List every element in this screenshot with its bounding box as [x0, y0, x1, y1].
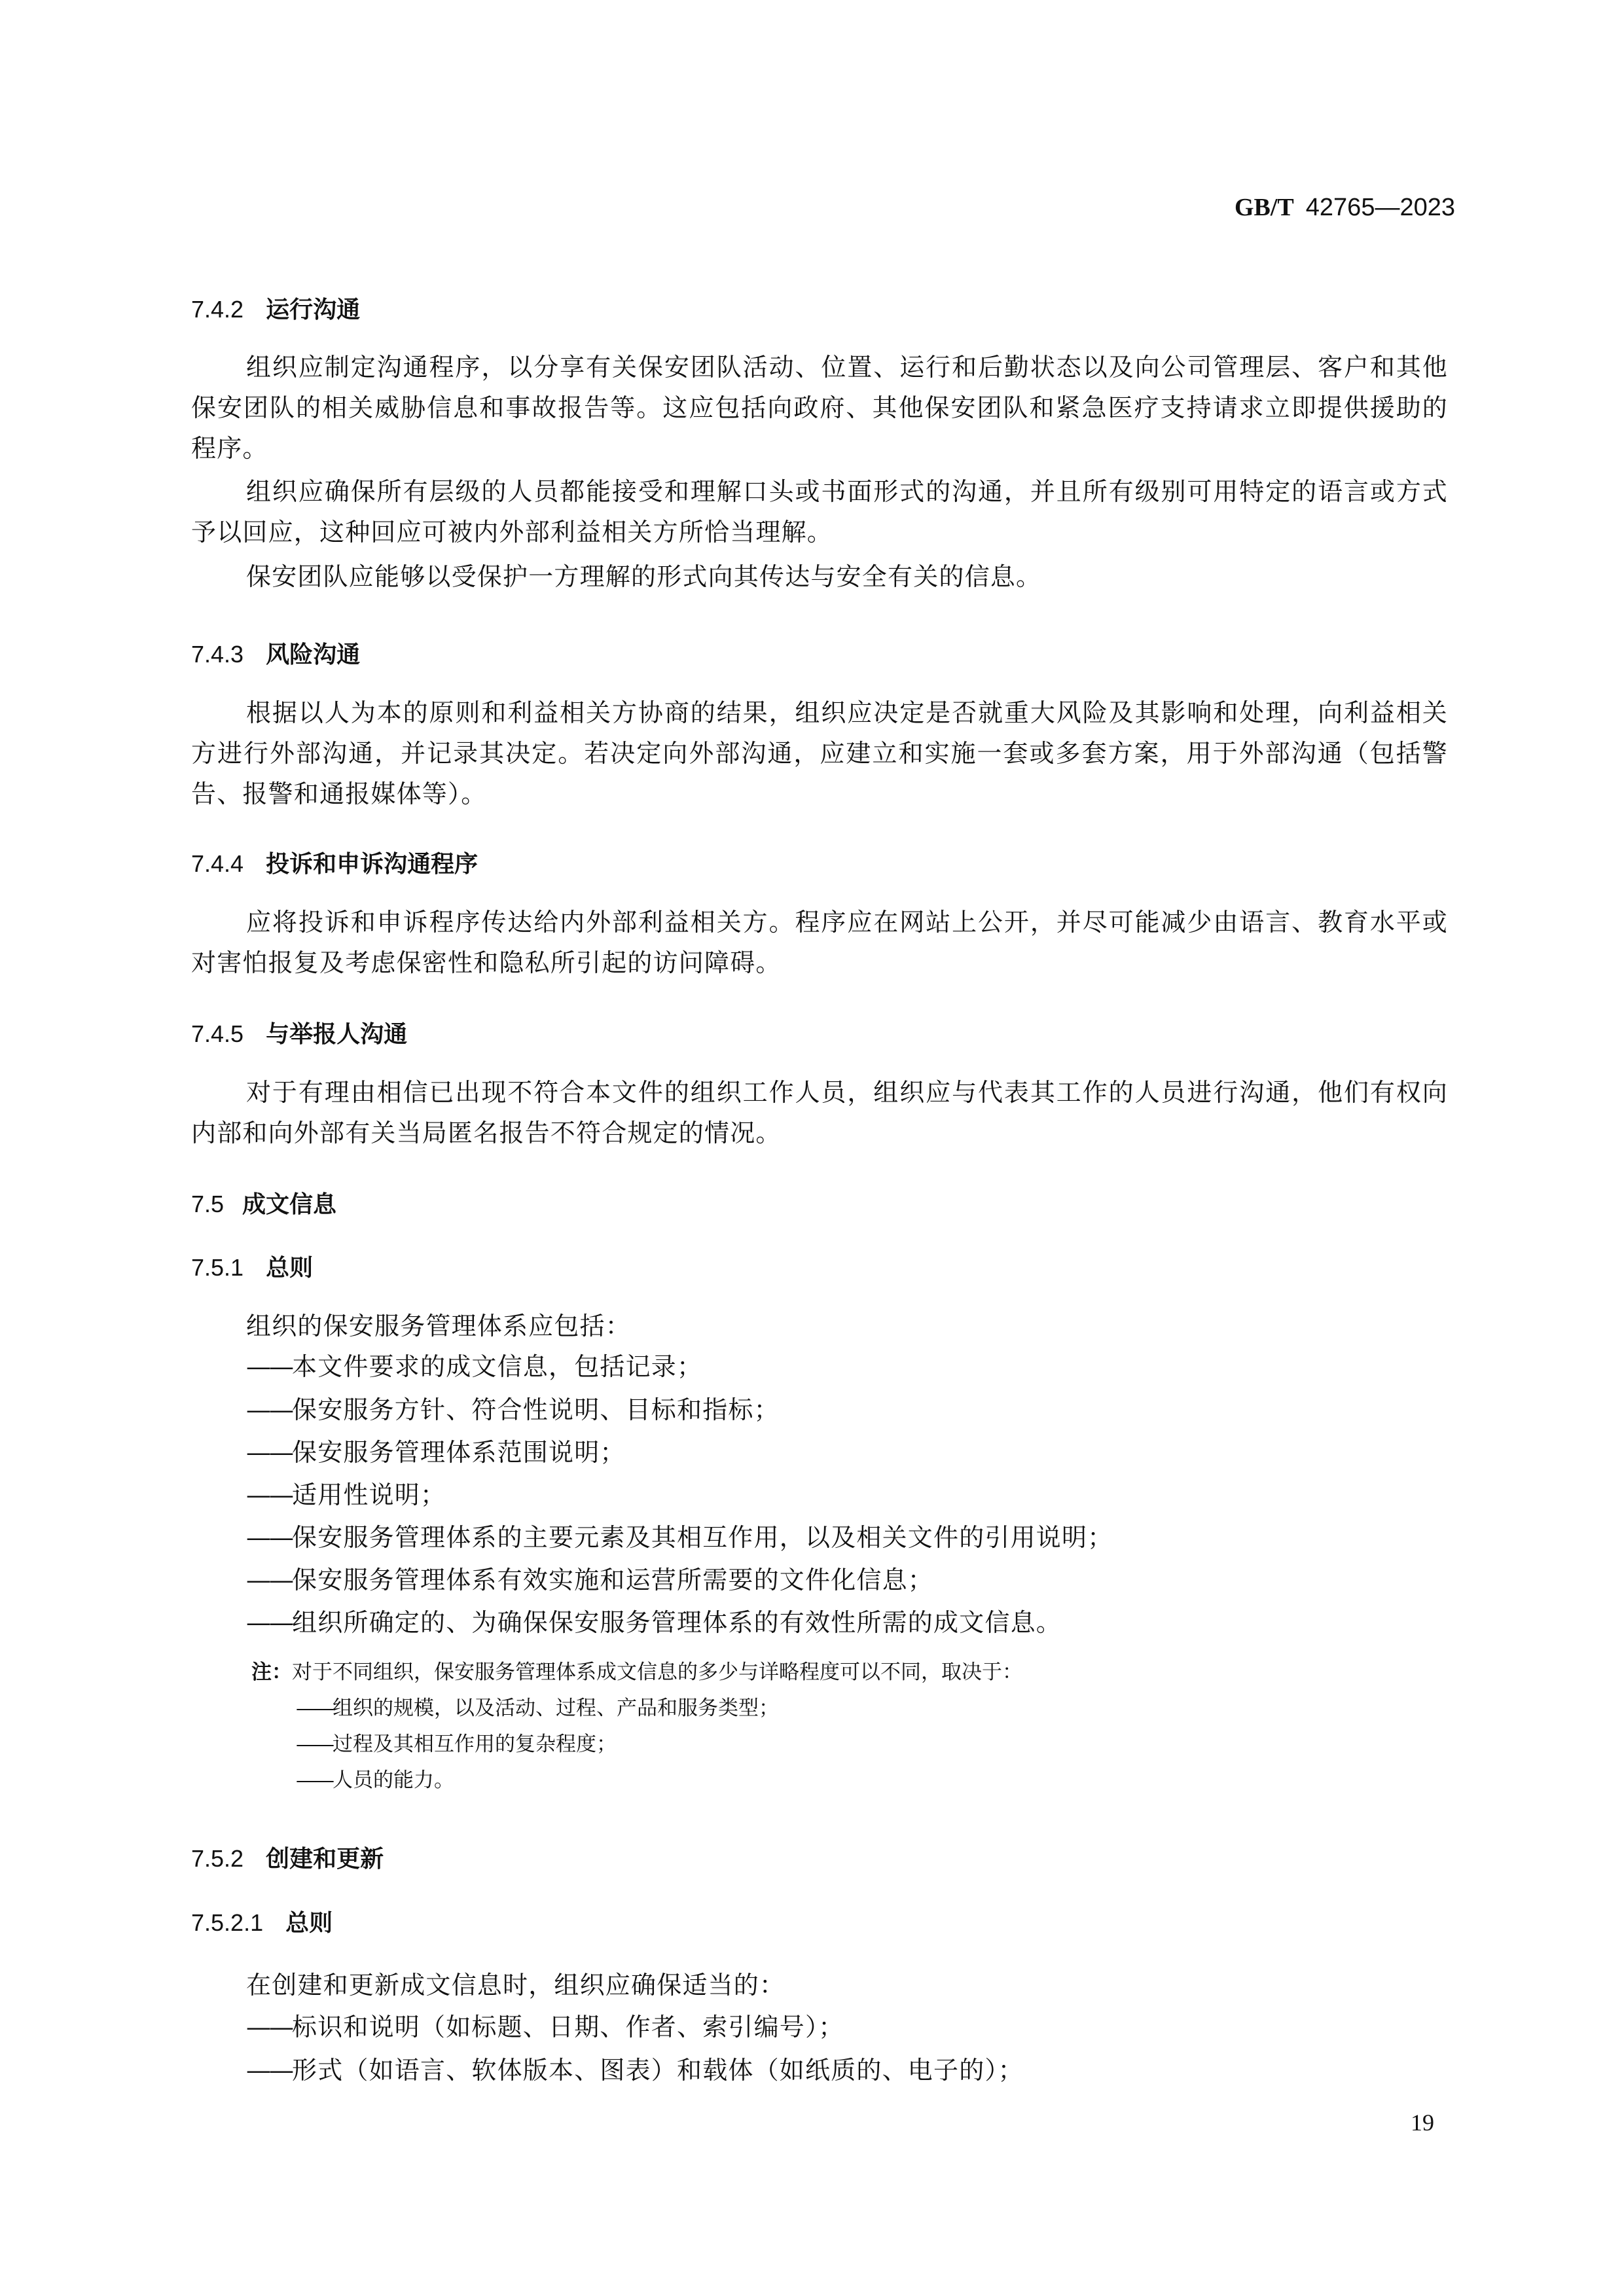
note-text: 对于不同组织，保安服务管理体系成文信息的多少与详略程度可以不同，取决于：: [292, 1660, 1022, 1684]
heading-7-4-5: 7.4.5与举报人沟通: [191, 1018, 407, 1051]
paragraph: 组织应制定沟通程序，以分享有关保安团队活动、位置、运行和后勤状态以及向公司管理层…: [191, 347, 1448, 469]
note-list-item: ——人员的能力。: [296, 1764, 454, 1797]
dash-marker: ——: [246, 1438, 292, 1467]
list-intro: 组织的保安服务管理体系应包括：: [246, 1306, 631, 1346]
dash-marker: ——: [246, 1395, 292, 1424]
dash-marker: ——: [246, 2056, 292, 2085]
paragraph: 应将投诉和申诉程序传达给内外部利益相关方。程序应在网站上公开，并尽可能减少由语言…: [191, 902, 1448, 983]
heading-number: 7.5.1: [191, 1251, 244, 1284]
list-intro: 在创建和更新成文信息时，组织应确保适当的：: [246, 1965, 785, 2005]
note-item-text: 人员的能力。: [333, 1768, 454, 1792]
heading-number: 7.5.2.1: [191, 1907, 263, 1939]
heading-number: 7.4.3: [191, 638, 244, 671]
dash-marker: ——: [246, 1608, 292, 1637]
list-item: ——组织所确定的、为确保保安服务管理体系的有效性所需的成文信息。: [246, 1602, 1062, 1643]
note-list-item: ——组织的规模，以及活动、过程、产品和服务类型；: [296, 1692, 779, 1725]
list-item: ——保安服务管理体系范围说明；: [246, 1432, 626, 1473]
heading-number: 7.5.2: [191, 1842, 244, 1875]
document-page: GB/T42765—2023 7.4.2运行沟通 组织应制定沟通程序，以分享有关…: [0, 0, 1624, 2296]
list-item-text: 保安服务管理体系范围说明；: [292, 1438, 626, 1467]
list-item: ——本文件要求的成文信息，包括记录；: [246, 1346, 702, 1387]
paragraph: 保安团队应能够以受保护一方理解的形式向其传达与安全有关的信息。: [191, 556, 1448, 597]
heading-number: 7.5: [191, 1188, 224, 1221]
standard-prefix: GB/T: [1235, 194, 1294, 221]
heading-number: 7.4.5: [191, 1018, 244, 1050]
standard-number: 42765—2023: [1306, 194, 1455, 221]
paragraph: 组织应确保所有层级的人员都能接受和理解口头或书面形式的沟通，并且所有级别可用特定…: [191, 471, 1448, 552]
heading-7-4-3: 7.4.3风险沟通: [191, 638, 360, 672]
dash-marker: ——: [246, 1352, 292, 1381]
dash-marker: ——: [296, 1696, 333, 1720]
note-list-item: ——过程及其相互作用的复杂程度；: [296, 1728, 617, 1761]
list-item-text: 适用性说明；: [292, 1480, 446, 1509]
list-item: ——适用性说明；: [246, 1475, 446, 1515]
note-item-text: 过程及其相互作用的复杂程度；: [333, 1732, 617, 1756]
heading-7-5-1: 7.5.1总则: [191, 1251, 313, 1285]
heading-title: 总则: [285, 1910, 333, 1937]
paragraph: 根据以人为本的原则和利益相关方协商的结果，组织应决定是否就重大风险及其影响和处理…: [191, 692, 1448, 814]
heading-number: 7.4.4: [191, 848, 244, 880]
list-item: ——标识和说明（如标题、日期、作者、索引编号）；: [246, 2007, 844, 2047]
heading-7-4-4: 7.4.4投诉和申诉沟通程序: [191, 848, 478, 881]
heading-7-5-2: 7.5.2创建和更新: [191, 1842, 384, 1876]
page-number: 19: [1411, 2109, 1434, 2136]
heading-number: 7.4.2: [191, 293, 244, 326]
heading-7-4-2: 7.4.2运行沟通: [191, 293, 360, 327]
heading-title: 总则: [266, 1255, 313, 1282]
dash-marker: ——: [246, 1480, 292, 1509]
dash-marker: ——: [246, 1566, 292, 1594]
note-label: 注：: [251, 1660, 292, 1684]
heading-title: 成文信息: [242, 1191, 336, 1218]
dash-marker: ——: [296, 1732, 333, 1756]
paragraph: 对于有理由相信已出现不符合本文件的组织工作人员，组织应与代表其工作的人员进行沟通…: [191, 1072, 1448, 1153]
heading-title: 创建和更新: [266, 1846, 384, 1873]
note: 注：对于不同组织，保安服务管理体系成文信息的多少与详略程度可以不同，取决于：: [251, 1656, 1022, 1689]
heading-title: 与举报人沟通: [266, 1021, 407, 1048]
list-item-text: 本文件要求的成文信息，包括记录；: [292, 1352, 702, 1381]
dash-marker: ——: [246, 1523, 292, 1552]
list-item-text: 保安服务管理体系有效实施和运营所需要的文件化信息；: [292, 1566, 933, 1594]
list-item: ——保安服务管理体系有效实施和运营所需要的文件化信息；: [246, 1560, 933, 1600]
heading-title: 投诉和申诉沟通程序: [266, 851, 478, 878]
dash-marker: ——: [246, 2013, 292, 2041]
list-item-text: 保安服务方针、符合性说明、目标和指标；: [292, 1395, 780, 1424]
list-item: ——保安服务方针、符合性说明、目标和指标；: [246, 1390, 780, 1430]
dash-marker: ——: [296, 1768, 333, 1792]
heading-7-5: 7.5成文信息: [191, 1188, 336, 1221]
list-item-text: 组织所确定的、为确保保安服务管理体系的有效性所需的成文信息。: [292, 1608, 1062, 1637]
heading-title: 风险沟通: [266, 641, 360, 668]
list-item-text: 保安服务管理体系的主要元素及其相互作用，以及相关文件的引用说明；: [292, 1523, 1113, 1552]
list-item: ——形式（如语言、软体版本、图表）和载体（如纸质的、电子的）；: [246, 2050, 1024, 2090]
list-item-text: 形式（如语言、软体版本、图表）和载体（如纸质的、电子的）；: [292, 2056, 1024, 2085]
heading-7-5-2-1: 7.5.2.1总则: [191, 1907, 333, 1940]
standard-code: GB/T42765—2023: [1235, 191, 1455, 223]
note-item-text: 组织的规模，以及活动、过程、产品和服务类型；: [333, 1696, 779, 1720]
heading-title: 运行沟通: [266, 296, 360, 323]
list-item-text: 标识和说明（如标题、日期、作者、索引编号）；: [292, 2013, 844, 2041]
list-item: ——保安服务管理体系的主要元素及其相互作用，以及相关文件的引用说明；: [246, 1517, 1113, 1558]
